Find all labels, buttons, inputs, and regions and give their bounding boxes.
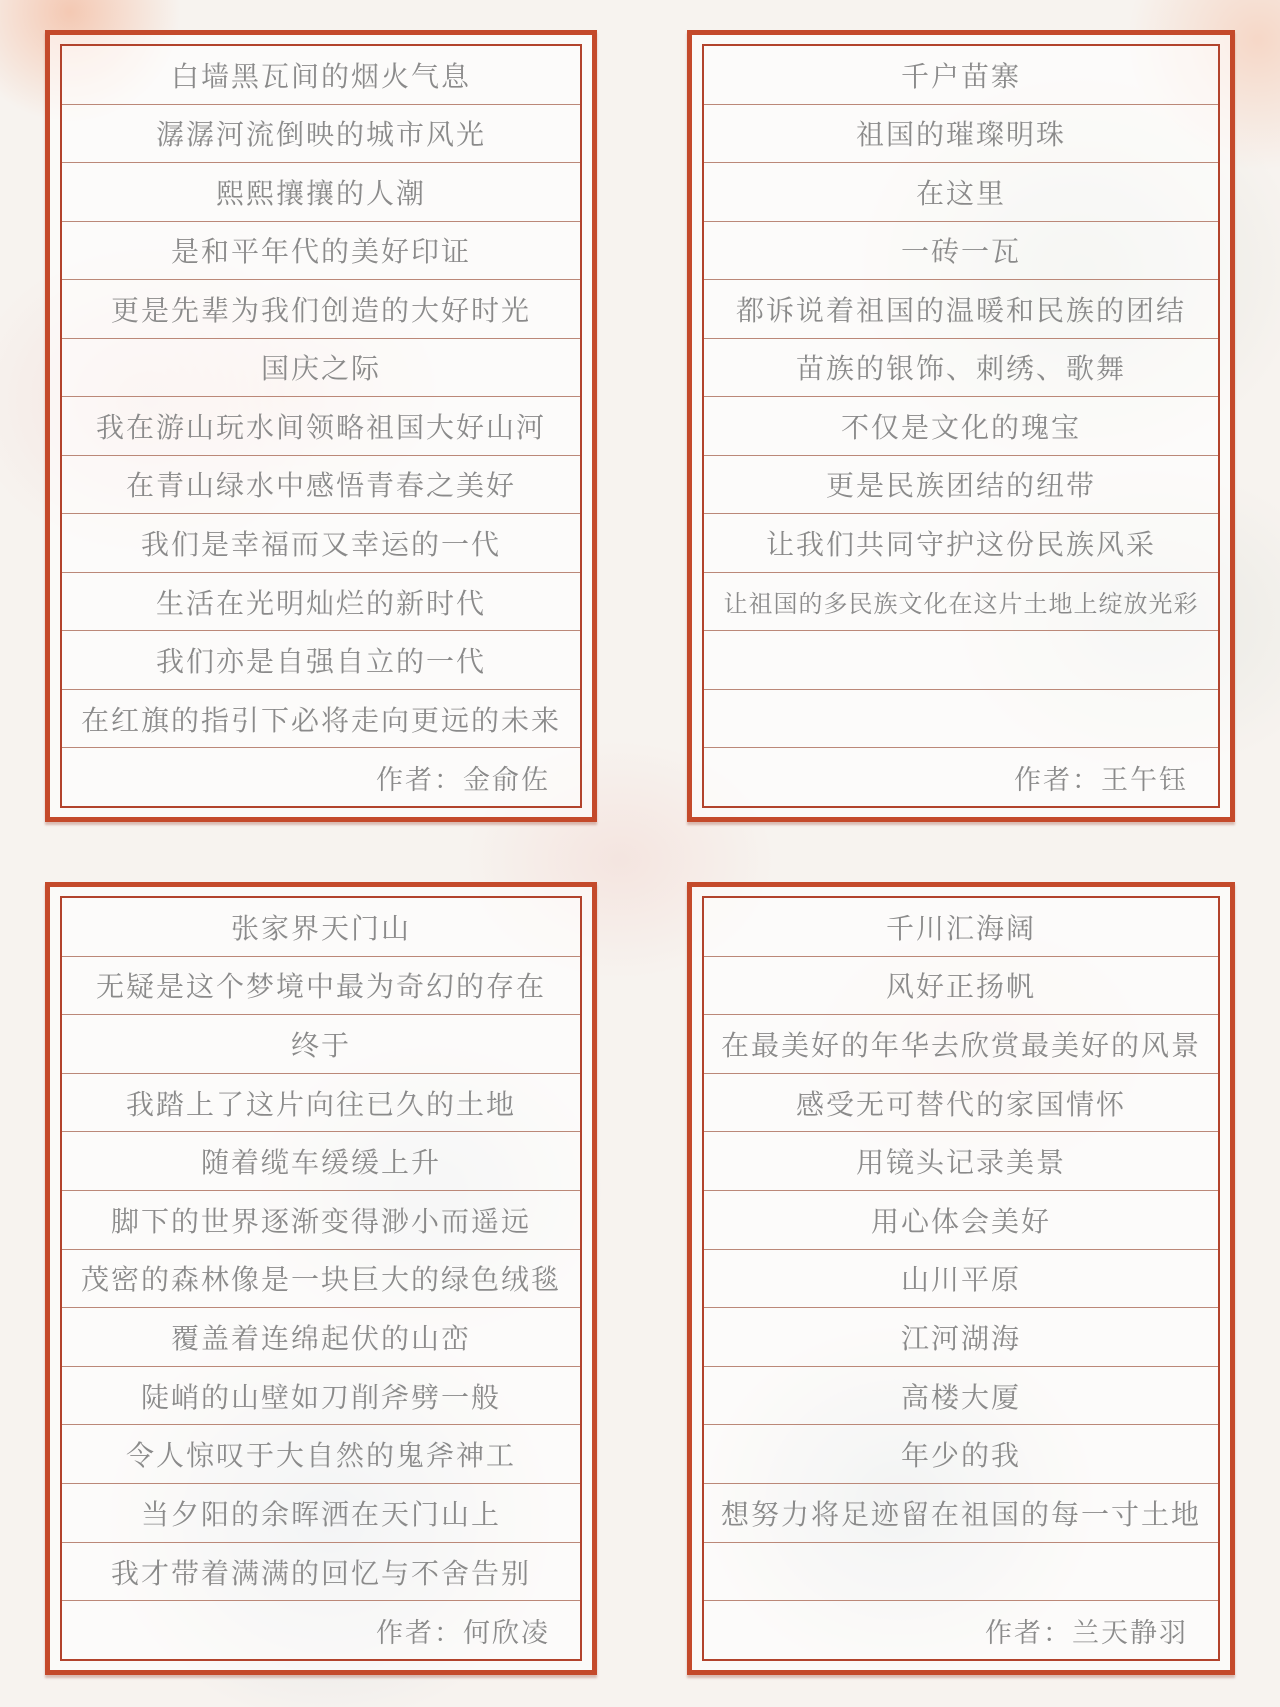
- poem-line-text: 不仅是文化的瑰宝: [841, 406, 1081, 446]
- author-label: 作者：王午钰: [1014, 758, 1188, 797]
- poem-line-row: 国庆之际: [62, 339, 580, 398]
- poem-line-text: 我们是幸福而又幸运的一代: [141, 523, 501, 563]
- poem-line-text: 想努力将足迹留在祖国的每一寸土地: [721, 1493, 1201, 1533]
- poem-line-text: 千户苗寨: [901, 55, 1021, 95]
- poem-card-inner-frame: 张家界天门山无疑是这个梦境中最为奇幻的存在终于我踏上了这片向往已久的土地随着缆车…: [60, 896, 582, 1661]
- poem-line-text: 熙熙攘攘的人潮: [216, 172, 426, 212]
- poem-line-row: 更是先辈为我们创造的大好时光: [62, 280, 580, 339]
- poem-line-text: 当夕阳的余晖洒在天门山上: [141, 1493, 501, 1533]
- empty-row: [704, 631, 1218, 690]
- poem-card-top-right: 千户苗寨祖国的璀璨明珠在这里一砖一瓦都诉说着祖国的温暖和民族的团结苗族的银饰、刺…: [687, 30, 1235, 822]
- poem-line-row: 潺潺河流倒映的城市风光: [62, 105, 580, 164]
- poem-line-row: 年少的我: [704, 1425, 1218, 1484]
- poem-line-row: 高楼大厦: [704, 1367, 1218, 1426]
- poem-card-bottom-left: 张家界天门山无疑是这个梦境中最为奇幻的存在终于我踏上了这片向往已久的土地随着缆车…: [45, 882, 597, 1675]
- poem-line-text: 在青山绿水中感悟青春之美好: [126, 464, 516, 504]
- empty-row: [704, 1543, 1218, 1602]
- poem-line-text: 脚下的世界逐渐变得渺小而遥远: [111, 1200, 531, 1240]
- poem-line-row: 用镜头记录美景: [704, 1132, 1218, 1191]
- empty-row: [704, 690, 1218, 749]
- poem-line-text: 用镜头记录美景: [856, 1141, 1066, 1181]
- poem-line-row: 我才带着满满的回忆与不舍告别: [62, 1543, 580, 1602]
- poem-line-text: 张家界天门山: [231, 907, 411, 947]
- poem-line-text: 白墙黑瓦间的烟火气息: [171, 55, 471, 95]
- poem-line-row: 终于: [62, 1015, 580, 1074]
- poem-line-row: 一砖一瓦: [704, 222, 1218, 281]
- poem-line-text: 无疑是这个梦境中最为奇幻的存在: [96, 965, 546, 1005]
- poem-line-text: 感受无可替代的家国情怀: [796, 1083, 1126, 1123]
- poem-line-row: 在青山绿水中感悟青春之美好: [62, 456, 580, 515]
- poem-line-row: 苗族的银饰、刺绣、歌舞: [704, 339, 1218, 398]
- author-label: 作者：金俞佐: [376, 758, 550, 797]
- poem-line-text: 年少的我: [901, 1434, 1021, 1474]
- poem-line-row: 让我们共同守护这份民族风采: [704, 514, 1218, 573]
- poem-line-row: 是和平年代的美好印证: [62, 222, 580, 281]
- poem-line-text: 在这里: [916, 172, 1006, 212]
- poem-line-row: 陡峭的山壁如刀削斧劈一般: [62, 1367, 580, 1426]
- poem-line-text: 高楼大厦: [901, 1376, 1021, 1416]
- poem-line-row: 山川平原: [704, 1250, 1218, 1309]
- poem-line-text: 在红旗的指引下必将走向更远的未来: [81, 699, 561, 739]
- poem-line-row: 让祖国的多民族文化在这片土地上绽放光彩: [704, 573, 1218, 632]
- poem-line-row: 无疑是这个梦境中最为奇幻的存在: [62, 957, 580, 1016]
- poem-line-row: 千户苗寨: [704, 46, 1218, 105]
- poem-line-row: 随着缆车缓缓上升: [62, 1132, 580, 1191]
- poem-line-text: 用心体会美好: [871, 1200, 1051, 1240]
- poem-line-text: 我们亦是自强自立的一代: [156, 640, 486, 680]
- poem-line-text: 随着缆车缓缓上升: [201, 1141, 441, 1181]
- poem-line-row: 千川汇海阔: [704, 898, 1218, 957]
- poem-line-text: 千川汇海阔: [886, 907, 1036, 947]
- poem-collection-page: 白墙黑瓦间的烟火气息潺潺河流倒映的城市风光熙熙攘攘的人潮是和平年代的美好印证更是…: [0, 0, 1280, 1707]
- poem-line-row: 祖国的璀璨明珠: [704, 105, 1218, 164]
- poem-line-row: 感受无可替代的家国情怀: [704, 1074, 1218, 1133]
- author-row: 作者：兰天静羽: [704, 1601, 1218, 1659]
- author-label: 作者：何欣凌: [376, 1611, 550, 1650]
- poem-line-text: 江河湖海: [901, 1317, 1021, 1357]
- poem-line-row: 张家界天门山: [62, 898, 580, 957]
- poem-line-text: 都诉说着祖国的温暖和民族的团结: [736, 289, 1186, 329]
- author-row: 作者：金俞佐: [62, 748, 580, 806]
- poem-line-row: 风好正扬帆: [704, 957, 1218, 1016]
- poem-line-row: 当夕阳的余晖洒在天门山上: [62, 1484, 580, 1543]
- poem-line-row: 不仅是文化的瑰宝: [704, 397, 1218, 456]
- poem-card-inner-frame: 千户苗寨祖国的璀璨明珠在这里一砖一瓦都诉说着祖国的温暖和民族的团结苗族的银饰、刺…: [702, 44, 1220, 808]
- poem-line-row: 都诉说着祖国的温暖和民族的团结: [704, 280, 1218, 339]
- poem-line-text: 在最美好的年华去欣赏最美好的风景: [721, 1024, 1201, 1064]
- poem-line-text: 一砖一瓦: [901, 230, 1021, 270]
- poem-line-text: 覆盖着连绵起伏的山峦: [171, 1317, 471, 1357]
- poem-line-text: 苗族的银饰、刺绣、歌舞: [796, 347, 1126, 387]
- poem-card-top-left: 白墙黑瓦间的烟火气息潺潺河流倒映的城市风光熙熙攘攘的人潮是和平年代的美好印证更是…: [45, 30, 597, 822]
- poem-line-text: 生活在光明灿烂的新时代: [156, 582, 486, 622]
- poem-line-row: 用心体会美好: [704, 1191, 1218, 1250]
- poem-line-text: 潺潺河流倒映的城市风光: [156, 113, 486, 153]
- poem-line-row: 覆盖着连绵起伏的山峦: [62, 1308, 580, 1367]
- poem-line-row: 在最美好的年华去欣赏最美好的风景: [704, 1015, 1218, 1074]
- poem-line-row: 在这里: [704, 163, 1218, 222]
- poem-line-row: 我在游山玩水间领略祖国大好山河: [62, 397, 580, 456]
- poem-line-text: 更是民族团结的纽带: [826, 464, 1096, 504]
- poem-line-row: 茂密的森林像是一块巨大的绿色绒毯: [62, 1250, 580, 1309]
- author-row: 作者：何欣凌: [62, 1601, 580, 1659]
- poem-card-inner-frame: 白墙黑瓦间的烟火气息潺潺河流倒映的城市风光熙熙攘攘的人潮是和平年代的美好印证更是…: [60, 44, 582, 808]
- poem-line-row: 我们亦是自强自立的一代: [62, 631, 580, 690]
- poem-line-text: 令人惊叹于大自然的鬼斧神工: [126, 1434, 516, 1474]
- poem-line-row: 想努力将足迹留在祖国的每一寸土地: [704, 1484, 1218, 1543]
- poem-line-row: 脚下的世界逐渐变得渺小而遥远: [62, 1191, 580, 1250]
- poem-line-row: 江河湖海: [704, 1308, 1218, 1367]
- poem-line-text: 是和平年代的美好印证: [171, 230, 471, 270]
- poem-line-text: 更是先辈为我们创造的大好时光: [111, 289, 531, 329]
- author-label: 作者：兰天静羽: [985, 1611, 1188, 1650]
- poem-line-row: 更是民族团结的纽带: [704, 456, 1218, 515]
- poem-line-row: 我们是幸福而又幸运的一代: [62, 514, 580, 573]
- poem-line-row: 在红旗的指引下必将走向更远的未来: [62, 690, 580, 749]
- poem-line-row: 熙熙攘攘的人潮: [62, 163, 580, 222]
- poem-line-row: 白墙黑瓦间的烟火气息: [62, 46, 580, 105]
- poem-card-inner-frame: 千川汇海阔风好正扬帆在最美好的年华去欣赏最美好的风景感受无可替代的家国情怀用镜头…: [702, 896, 1220, 1661]
- author-row: 作者：王午钰: [704, 748, 1218, 806]
- poem-card-bottom-right: 千川汇海阔风好正扬帆在最美好的年华去欣赏最美好的风景感受无可替代的家国情怀用镜头…: [687, 882, 1235, 1675]
- poem-line-row: 我踏上了这片向往已久的土地: [62, 1074, 580, 1133]
- poem-line-text: 国庆之际: [261, 347, 381, 387]
- poem-line-text: 让我们共同守护这份民族风采: [766, 523, 1156, 563]
- poem-line-text: 终于: [291, 1024, 351, 1064]
- poem-line-row: 生活在光明灿烂的新时代: [62, 573, 580, 632]
- poem-line-text: 我踏上了这片向往已久的土地: [126, 1083, 516, 1123]
- poem-line-text: 让祖国的多民族文化在这片土地上绽放光彩: [724, 584, 1199, 619]
- poem-line-text: 我才带着满满的回忆与不舍告别: [111, 1552, 531, 1592]
- poem-line-text: 祖国的璀璨明珠: [856, 113, 1066, 153]
- poem-line-text: 陡峭的山壁如刀削斧劈一般: [141, 1376, 501, 1416]
- poem-line-text: 风好正扬帆: [886, 965, 1036, 1005]
- poem-line-text: 山川平原: [901, 1258, 1021, 1298]
- poem-line-text: 茂密的森林像是一块巨大的绿色绒毯: [81, 1258, 561, 1298]
- poem-line-text: 我在游山玩水间领略祖国大好山河: [96, 406, 546, 446]
- poem-line-row: 令人惊叹于大自然的鬼斧神工: [62, 1425, 580, 1484]
